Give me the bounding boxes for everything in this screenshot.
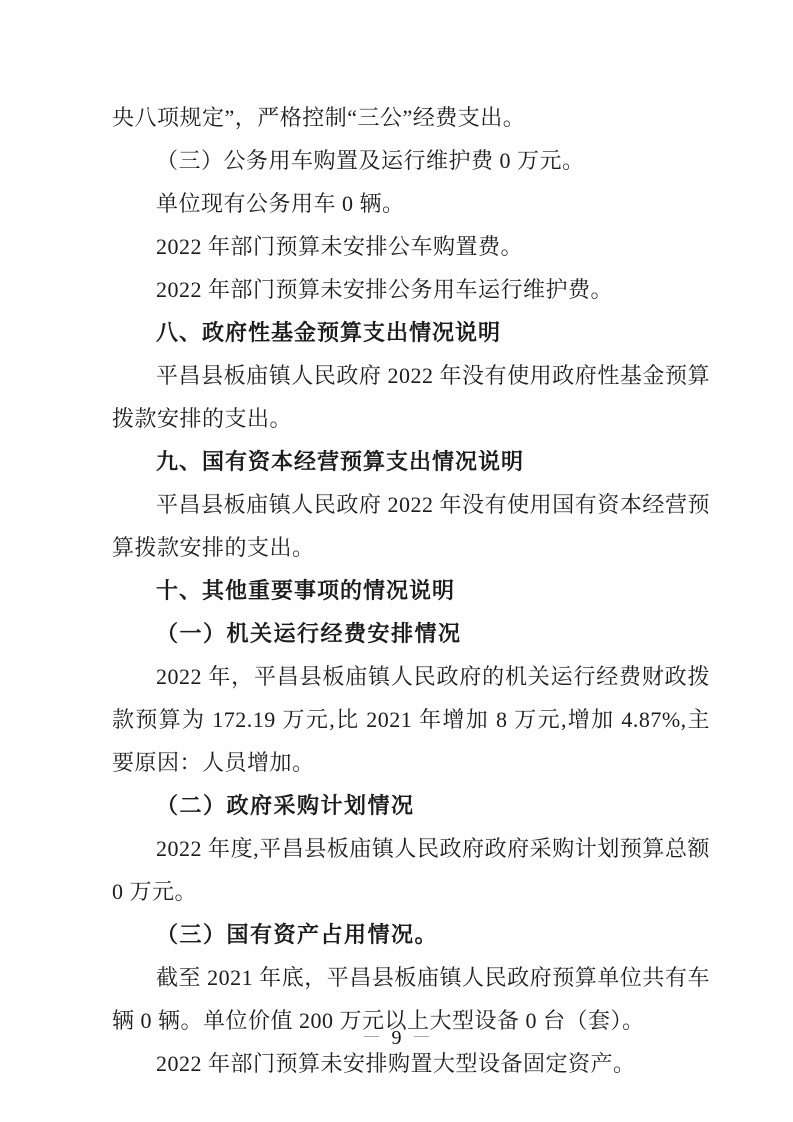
footer-dash-left: － <box>356 1027 388 1049</box>
subsection-heading-2: （二）政府采购计划情况 <box>112 784 710 827</box>
page-number: 9 <box>388 1027 406 1049</box>
section-heading-9: 九、国有资本经营预算支出情况说明 <box>112 440 710 483</box>
section-heading-8: 八、政府性基金预算支出情况说明 <box>112 311 710 354</box>
paragraph-continuation: 央八项规定”，严格控制“三公”经费支出。 <box>112 96 710 139</box>
paragraph: 单位现有公务用车 0 辆。 <box>112 182 710 225</box>
paragraph: （三）公务用车购置及运行维护费 0 万元。 <box>112 139 710 182</box>
document-body: 央八项规定”，严格控制“三公”经费支出。 （三）公务用车购置及运行维护费 0 万… <box>112 96 710 1085</box>
document-page: 央八项规定”，严格控制“三公”经费支出。 （三）公务用车购置及运行维护费 0 万… <box>0 0 793 1122</box>
subsection-heading-1: （一）机关运行经费安排情况 <box>112 612 710 655</box>
paragraph: 平昌县板庙镇人民政府 2022 年没有使用政府性基金预算拨款安排的支出。 <box>112 354 710 440</box>
paragraph: 2022 年部门预算未安排公务用车运行维护费。 <box>112 268 710 311</box>
paragraph: 平昌县板庙镇人民政府 2022 年没有使用国有资本经营预算拨款安排的支出。 <box>112 483 710 569</box>
subsection-heading-3: （三）国有资产占用情况。 <box>112 913 710 956</box>
paragraph: 2022 年度,平昌县板庙镇人民政府政府采购计划预算总额 0 万元。 <box>112 827 710 913</box>
footer-dash-right: － <box>406 1027 438 1049</box>
paragraph: 2022 年部门预算未安排公车购置费。 <box>112 225 710 268</box>
page-footer: －9－ <box>0 1024 793 1052</box>
paragraph: 2022 年，平昌县板庙镇人民政府的机关运行经费财政拨款预算为 172.19 万… <box>112 655 710 784</box>
section-heading-10: 十、其他重要事项的情况说明 <box>112 569 710 612</box>
